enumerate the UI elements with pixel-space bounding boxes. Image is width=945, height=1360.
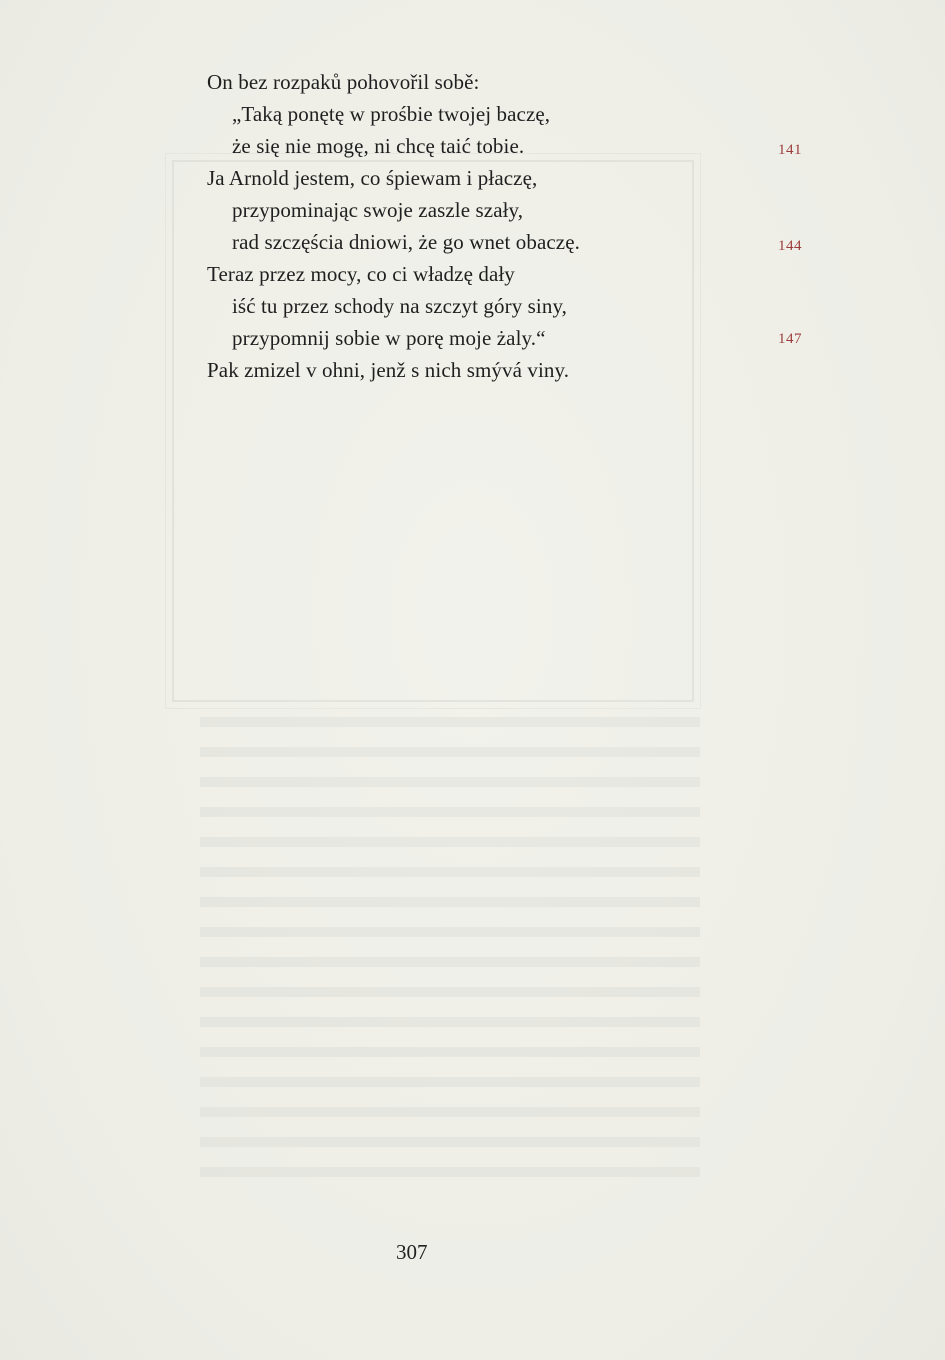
verse-line: przypomnij sobie w porę moje żaly.“ [207,322,727,354]
line-number-141: 141 [778,142,802,159]
verse-line: rad szczęścia dniowi, że go wnet obaczę. [207,226,727,258]
verse-line: że się nie mogę, ni chcę taić tobie. [207,130,727,162]
line-number-147: 147 [778,331,802,348]
verse-line: iść tu przez schody na szczyt góry siny, [207,290,727,322]
verse-line: On bez rozpaků pohovořil sobě: [207,66,727,98]
verse-block: On bez rozpaků pohovořil sobě: „Taką pon… [207,66,727,386]
verse-line: Teraz przez mocy, co ci władzę dały [207,258,727,290]
showthrough-reverse-text [200,705,700,1195]
line-number-144: 144 [778,238,802,255]
verse-line: Ja Arnold jestem, co śpiewam i płaczę, [207,162,727,194]
verse-line: przypominając swoje zaszle szały, [207,194,727,226]
verse-line: Pak zmizel v ohni, jenž s nich smývá vin… [207,354,727,386]
page-number: 307 [396,1240,428,1265]
verse-line: „Taką ponętę w prośbie twojej baczę, [207,98,727,130]
